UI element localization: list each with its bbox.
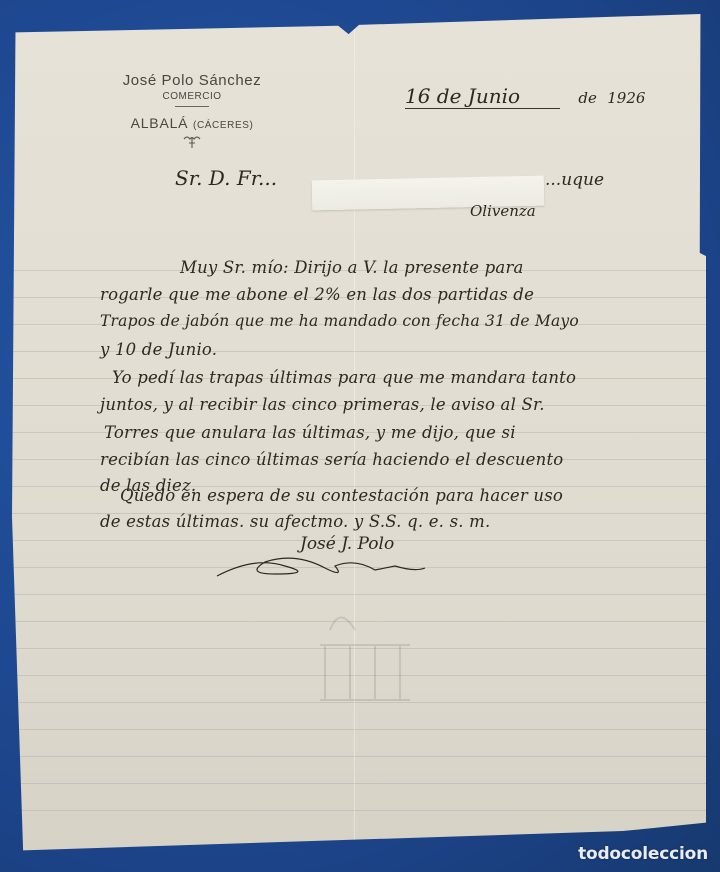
province-name: (CÁCERES) [193,120,253,131]
body-line: Trapos de jabón que me ha mandado con fe… [100,312,579,330]
letterhead: José Polo Sánchez COMERCIO ALBALÁ (CÁCER… [92,72,292,152]
date-year-prefix: de [578,89,596,107]
letterhead-name: José Polo Sánchez [92,72,292,89]
date-day-month: 16 de Junio [405,84,560,109]
letterhead-town: ALBALÁ (CÁCERES) [92,115,292,131]
letterhead-business: COMERCIO [92,91,292,102]
addressee-fragment: ...uque [545,170,604,190]
paper-watermark [300,600,430,710]
ruled-lines [12,244,706,822]
addressee-salutation: Sr. D. Fr... [175,166,277,190]
body-line: Yo pedí las trapas últimas para que me m… [112,368,576,387]
date-year: 1926 [607,89,645,107]
body-line: Quedo en espera de su contestación para … [120,486,563,505]
fleur-ornament-icon [92,135,292,152]
body-line: Torres que anulara las últimas, y me dij… [104,423,516,442]
letter-date: 16 de Junio de 1926 [405,84,645,108]
town-name: ALBALÁ [131,115,189,131]
body-line: rogarle que me abone el 2% en las dos pa… [100,285,534,304]
addressee-city: Olivenza [470,202,536,220]
letterhead-divider [175,106,209,107]
body-line: recibían las cinco últimas sería haciend… [100,450,563,469]
body-line: juntos, y al recibir las cinco primeras,… [100,395,545,414]
body-line: de estas últimas. su afectmo. y S.S. q. … [100,512,490,531]
body-line: Muy Sr. mío: Dirijo a V. la presente par… [180,258,524,277]
signature-flourish-icon [215,552,435,582]
signature-name: José J. Polo [300,534,394,554]
body-line: y 10 de Junio. [100,340,217,359]
site-watermark: todocoleccion [578,844,708,864]
